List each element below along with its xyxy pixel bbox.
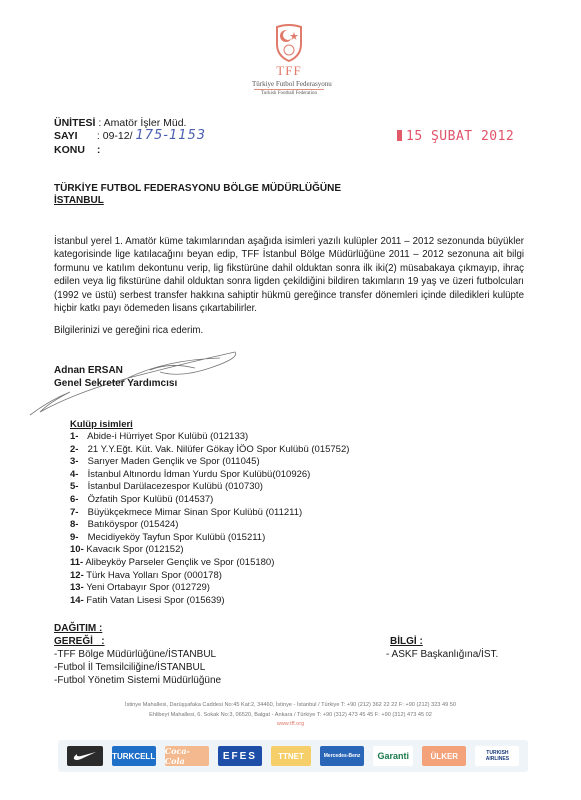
sponsor-logo-turkcell: TURKCELL: [112, 746, 156, 766]
footer-address-ankara: Ehlibeyt Mahallesi, 6. Sokak No:3, 06520…: [0, 711, 581, 721]
club-name: Özfatih Spor Kulübü (014537): [85, 494, 213, 505]
closing-line: Bilgilerinizi ve gereğini rica ederim.: [54, 325, 203, 336]
club-item: 9- Mecidiyeköy Tayfun Spor Kulübü (01521…: [70, 532, 349, 545]
sponsor-logo-mercedes-benz: Mercedes-Benz: [320, 746, 364, 766]
club-number: 9-: [70, 532, 85, 545]
info-recipient: - ASKF Başkanlığına/İST.: [386, 648, 498, 661]
club-number: 3-: [70, 456, 85, 469]
number-handwritten: 175-1153: [135, 128, 206, 143]
club-name: Yeni Ortabayır Spor (012729): [84, 582, 210, 593]
subject-line: KONU :: [54, 144, 100, 156]
addressee-line2: İSTANBUL: [54, 195, 341, 207]
sponsor-logo-nike: [67, 746, 103, 766]
club-name: Abide-i Hürriyet Spor Kulübü (012133): [85, 431, 248, 442]
sponsor-logo-garanti: Garanti: [373, 746, 413, 766]
body-paragraph: İstanbul yerel 1. Amatör küme takımların…: [54, 235, 524, 315]
club-item: 4- İstanbul Altınordu İdman Yurdu Spor K…: [70, 469, 349, 482]
sponsor-logo-turkish-airlines: TURKISH AIRLINES: [475, 746, 519, 766]
signer-name: Adnan ERSAN: [54, 364, 177, 377]
date-stamp: 15 ŞUBAT 2012: [397, 129, 514, 144]
club-item: 8- Batıköyspor (015424): [70, 519, 349, 532]
club-name: Sarıyer Maden Gençlik ve Spor (011045): [85, 456, 260, 467]
club-item: 5- İstanbul Darülacezespor Kulübü (01073…: [70, 481, 349, 494]
tff-crest-icon: [274, 24, 304, 62]
number-line: SAYI : 09-12/ 175-1153: [54, 130, 206, 142]
tff-logo: TFF Türkiye Futbol Federasyonu Turkish F…: [252, 24, 326, 108]
club-number: 10-: [70, 544, 84, 557]
club-name: Alibeyköy Parseler Gençlik ve Spor (0151…: [83, 557, 274, 568]
footer-website: www.tff.org: [0, 720, 581, 730]
org-name-tr: Türkiye Futbol Federasyonu: [252, 80, 326, 88]
club-name: Kavacık Spor (012152): [84, 544, 184, 555]
addressee-line1: TÜRKİYE FUTBOL FEDERASYONU BÖLGE MÜDÜRLÜ…: [54, 183, 341, 195]
club-item: 14- Fatih Vatan Lisesi Spor (015639): [70, 595, 349, 608]
swoosh-icon: [73, 751, 97, 761]
club-item: 1- Abide-i Hürriyet Spor Kulübü (012133): [70, 431, 349, 444]
club-item: 7- Büyükçekmece Mimar Sinan Spor Kulübü …: [70, 507, 349, 520]
sponsor-logo-ttnet: TTNET: [271, 746, 311, 766]
info-title: BİLGİ :: [390, 635, 498, 648]
club-number: 2-: [70, 444, 85, 457]
info-block: BİLGİ : - ASKF Başkanlığına/İST.: [386, 635, 498, 661]
logo-abbreviation: TFF: [252, 63, 326, 79]
signer-block: Adnan ERSAN Genel Sekreter Yardımcısı: [54, 364, 177, 390]
club-name: Mecidiyeköy Tayfun Spor Kulübü (015211): [85, 532, 265, 543]
stamp-date: 15 ŞUBAT 2012: [406, 129, 514, 144]
club-item: 13- Yeni Ortabayır Spor (012729): [70, 582, 349, 595]
club-number: 8-: [70, 519, 85, 532]
number-label: SAYI: [54, 130, 94, 142]
club-number: 14-: [70, 595, 84, 608]
club-number: 4-: [70, 469, 85, 482]
club-list: 1- Abide-i Hürriyet Spor Kulübü (012133)…: [70, 431, 349, 607]
info-items: - ASKF Başkanlığına/İST.: [386, 648, 498, 661]
action-title: GEREĞİ :: [54, 635, 221, 648]
org-name-en: Turkish Football Federation: [252, 91, 326, 96]
club-number: 6-: [70, 494, 85, 507]
club-name: Batıköyspor (015424): [85, 519, 178, 530]
club-number: 7-: [70, 507, 85, 520]
club-name: Fatih Vatan Lisesi Spor (015639): [84, 595, 225, 606]
footer: İstinye Mahallesi, Darüşşafaka Caddesi N…: [0, 701, 581, 730]
action-recipient: -TFF Bölge Müdürlüğüne/İSTANBUL: [54, 648, 221, 661]
club-number: 1-: [70, 431, 85, 444]
club-number: 5-: [70, 481, 85, 494]
club-item: 6- Özfatih Spor Kulübü (014537): [70, 494, 349, 507]
club-number: 12-: [70, 570, 84, 583]
club-name: 21 Y.Y.Eğt. Küt. Vak. Nilüfer Gökay İÖO …: [85, 444, 349, 455]
subject-label: KONU: [54, 144, 94, 156]
sponsor-logo-coca-cola: Coca-Cola: [165, 746, 209, 766]
sponsor-logo--lker: ÜLKER: [422, 746, 466, 766]
club-name: İstanbul Darülacezespor Kulübü (010730): [85, 481, 263, 492]
club-item: 10- Kavacık Spor (012152): [70, 544, 349, 557]
distribution-title: DAĞITIM :: [54, 622, 221, 635]
subject-value: :: [97, 144, 101, 156]
club-name: Türk Hava Yolları Spor (000178): [84, 570, 222, 581]
addressee: TÜRKİYE FUTBOL FEDERASYONU BÖLGE MÜDÜRLÜ…: [54, 183, 341, 207]
club-name: Büyükçekmece Mimar Sinan Spor Kulübü (01…: [85, 507, 302, 518]
club-name: İstanbul Altınordu İdman Yurdu Spor Kulü…: [85, 469, 310, 480]
club-number: 13-: [70, 582, 84, 595]
unit-label: ÜNİTESİ: [54, 117, 95, 129]
club-number: 11-: [70, 557, 83, 570]
club-item: 2- 21 Y.Y.Eğt. Küt. Vak. Nilüfer Gökay İ…: [70, 444, 349, 457]
action-recipient: -Futbol Yönetim Sistemi Müdürlüğüne: [54, 674, 221, 687]
logo-divider: [254, 89, 324, 90]
sponsor-logo-efes: EFES: [218, 746, 262, 766]
clubs-title: Kulüp isimleri: [70, 419, 133, 430]
signer-title: Genel Sekreter Yardımcısı: [54, 377, 177, 390]
action-items: -TFF Bölge Müdürlüğüne/İSTANBUL-Futbol İ…: [54, 648, 221, 687]
club-item: 12- Türk Hava Yolları Spor (000178): [70, 570, 349, 583]
action-recipient: -Futbol İl Temsilciliğine/İSTANBUL: [54, 661, 221, 674]
sponsor-bar: TURKCELLCoca-ColaEFESTTNETMercedes-BenzG…: [58, 740, 528, 772]
number-value: : 09-12/: [97, 130, 133, 142]
distribution-block: DAĞITIM : GEREĞİ : -TFF Bölge Müdürlüğün…: [54, 622, 221, 687]
footer-address-istanbul: İstinye Mahallesi, Darüşşafaka Caddesi N…: [0, 701, 581, 711]
club-item: 3- Sarıyer Maden Gençlik ve Spor (011045…: [70, 456, 349, 469]
stamp-mark-icon: [397, 130, 402, 141]
club-item: 11- Alibeyköy Parseler Gençlik ve Spor (…: [70, 557, 349, 570]
